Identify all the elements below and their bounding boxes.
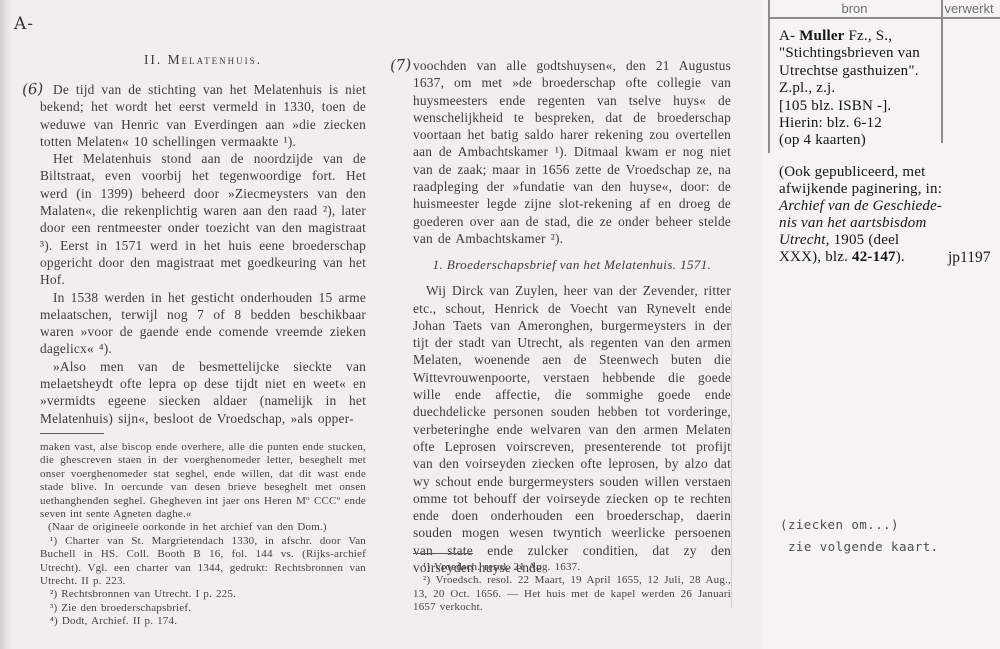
footnote-2: ²) Vroedsch. resol. 22 Maart, 19 April 1… [413,574,731,614]
citation-line: Z.pl., z.j. [779,80,949,97]
paragraph-continuation: voochden van alle godtshuysen«, den 21 A… [413,57,731,247]
page-edge-line [731,300,732,608]
verwerkt-label: verwerkt [938,1,1000,16]
scan-edge-shadow [0,0,12,649]
author-name: Muller [799,28,844,44]
footnote-1: ¹) Charter van St. Margrietendach 1330, … [40,535,366,589]
citation-line: (op 4 kaarten) [779,132,949,149]
section-heading: II. Melatenhuis. [40,52,366,68]
note-line: afwijkende paginering, in: [779,181,959,198]
sidebar-left-border [768,0,770,153]
footnote-4: ⁴) Dodt, Archief. II p. 174. [40,615,366,628]
subsection-heading: 1. Broederschapsbrief van het Melatenhui… [413,257,731,273]
page-range: 42-147 [852,249,896,265]
citation-line: "Stichtingsbrieven van [779,45,949,62]
note-line: (Ook gepubliceerd, met [779,164,959,181]
left-text-column: II. Melatenhuis. De tijd van de stichtin… [40,52,366,427]
paragraph-also-men: »Also men van de besmettelijcke sieckte … [40,358,366,427]
note-line: Utrecht, 1905 (deel [779,232,959,249]
source-citation: A- Muller Fz., S., "Stichtingsbrieven va… [779,28,949,150]
footnote-continuation: maken vast, alse biscop ende overhere, a… [40,441,366,521]
scanned-page: A- (6) (7) II. Melatenhuis. De tijd van … [0,0,1000,649]
footnote-rule [413,553,473,554]
footnote-3: ³) Zie den broederschapsbrief. [40,602,366,615]
header-rule [768,17,1000,19]
citation-line: Utrechtse gasthuizen". [779,63,949,80]
paragraph-location: Het Melatenhuis stond aan de noordzijde … [40,150,366,288]
footnote-1: ¹) Vroedsch. resol. 21 Aug. 1637. [413,561,731,574]
citation-line: [105 blz. ISBN -]. [779,98,949,115]
footnote-2: ²) Rechtsbronnen van Utrecht. I p. 225. [40,588,366,601]
paragraph-number-7: (7) [389,55,411,74]
right-text-column: voochden van alle godtshuysen«, den 21 A… [413,57,731,576]
paragraph-founding: De tijd van de stichting van het Melaten… [40,81,366,150]
handwritten-mark-a: A- [14,14,34,34]
note-line-journal: Archief van de Geschiede- [779,198,959,215]
citation-line: Hierin: blz. 6-12 [779,115,949,132]
right-footnote-block: ¹) Vroedsch. resol. 21 Aug. 1637. ²) Vro… [413,553,731,615]
typewriter-line: zie volgende kaart. [780,536,939,558]
note-line-journal: nis van het aartsbisdom [779,215,959,232]
typewriter-note: (ziecken om...) zie volgende kaart. [780,514,939,558]
footnote-rule [40,433,104,434]
also-published-note: (Ook gepubliceerd, met afwijkende pagine… [779,164,959,266]
footnote-source-note: (Naar de origineele oorkonde in het arch… [40,521,366,534]
card-code: jp1197 [948,249,990,267]
paragraph-1538: In 1538 werden in het gesticht onderhoud… [40,289,366,358]
bron-label: bron [768,1,941,16]
left-footnote-block: maken vast, alse biscop ende overhere, a… [40,433,366,629]
typewriter-line: (ziecken om...) [780,514,939,536]
paragraph-charter: Wij Dirck van Zuylen, heer van der Zeven… [413,282,731,576]
note-line: XXX), blz. 42-147). [779,249,959,266]
citation-line: A- Muller Fz., S., [779,28,949,45]
